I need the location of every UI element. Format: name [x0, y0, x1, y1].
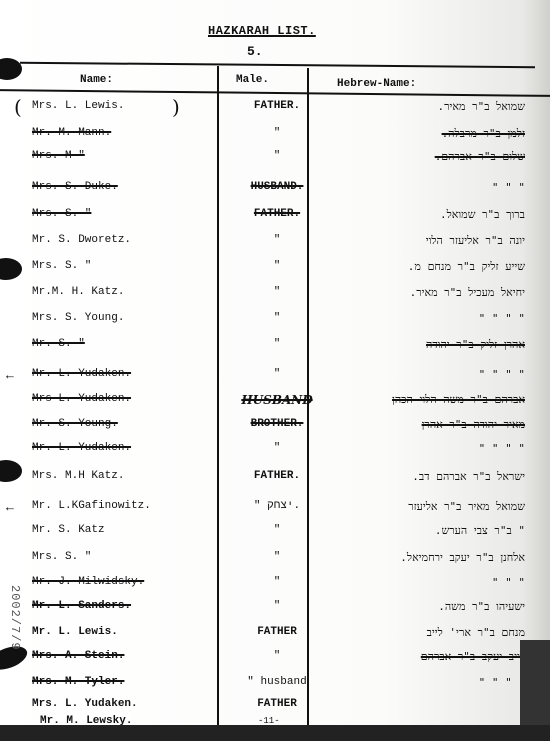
- hebrew-name-cell: שמואל מאיר ב"ר אליעזר: [330, 500, 525, 513]
- relation-cell: ": [232, 127, 322, 139]
- relation-cell: ": [232, 650, 322, 662]
- hebrew-name-cell: ברוך ב"ר שמואל.: [330, 208, 525, 221]
- name-cell: Mrs. L. Lewis.: [32, 100, 124, 112]
- name-cell: Mrs. S. ": [32, 551, 91, 563]
- binder-hole-1: [0, 58, 22, 80]
- table-row: Mr.M. H. Katz."יחיאל מעכיל ב"ר מאיר.: [0, 286, 550, 308]
- document-page: HAZKARAH LIST. 5. Name: Male. Hebrew-Nam…: [0, 0, 550, 741]
- hebrew-name-cell: " ב"ר צבי הערש.: [330, 524, 525, 537]
- hebrew-name-cell: שייע זליק ב"ר מנחם מ.: [330, 260, 525, 273]
- relation-cell: BROTHER.: [232, 418, 322, 430]
- table-row: Mr. S. Katz"" ב"ר צבי הערש.: [0, 524, 550, 546]
- page-bottom-shadow: [0, 725, 550, 741]
- relation-cell: FATHER.: [232, 470, 322, 482]
- hebrew-name-cell: יונה ב"ר אליעזר הלוי: [330, 234, 525, 247]
- table-row: Mr. J. Milwidsky."" " ": [0, 576, 550, 598]
- relation-cell: ": [232, 368, 322, 380]
- table-row: Mr. S. Dworetz."יונה ב"ר אליעזר הלוי: [0, 234, 550, 256]
- table-row: Mrs L. Yudaken.HUSBANDאברהם ב"ר משה הלוי…: [0, 393, 550, 415]
- hebrew-name-cell: ישראל ב"ר אברהם דב.: [330, 470, 525, 483]
- name-cell: Mrs. M.H Katz.: [32, 470, 124, 482]
- table-row: Mrs. S. ""אלחנן ב"ר יעקב ירחמיאל.: [0, 551, 550, 573]
- hebrew-name-cell: מנחם ב"ר ארי' לייב: [330, 626, 525, 639]
- name-cell: Mr. S. Young.: [32, 418, 118, 430]
- table-row: Mrs. M ""שלום ב"ר אברהם.: [0, 150, 550, 172]
- relation-cell: FATHER: [232, 698, 322, 710]
- table-row: Mrs. L. Lewis.FATHER.שמואל ב"ר מאיר.(): [0, 100, 550, 122]
- relation-cell: FATHER.: [232, 100, 322, 112]
- table-row: Mrs. M. Tyler." husband" " " ": [0, 676, 550, 698]
- name-cell: Mr. S. Dworetz.: [32, 234, 131, 246]
- name-cell: Mrs. M. Tyler.: [32, 676, 124, 688]
- page-number: 5.: [247, 44, 263, 59]
- relation-cell: " יצחק.: [232, 500, 322, 512]
- name-cell: Mr. J. Milwidsky.: [32, 576, 144, 588]
- hebrew-name-cell: אהרן זליק ב"ר יהודה: [330, 338, 525, 351]
- name-cell: Mrs. M ": [32, 150, 85, 162]
- relation-cell: ": [232, 150, 322, 162]
- name-cell: Mrs. A. Stein.: [32, 650, 124, 662]
- relation-cell: ": [232, 234, 322, 246]
- hebrew-name-cell: זלמן ב"ר מרבלה.: [330, 127, 525, 140]
- hebrew-name-cell: לייב יעקב ב"ר אברהם: [330, 650, 525, 663]
- hebrew-name-cell: אברהם ב"ר משה הלוי הכהן: [330, 393, 525, 406]
- hebrew-name-cell: מאיר יהודה ב"ר אהרן: [330, 418, 525, 431]
- table-row: Mr. L. Lewis.FATHERמנחם ב"ר ארי' לייב: [0, 626, 550, 648]
- relation-cell: ": [232, 600, 322, 612]
- header-name: Name:: [80, 74, 113, 86]
- hebrew-name-cell: אלחנן ב"ר יעקב ירחמיאל.: [330, 551, 525, 564]
- name-cell: Mr. L.KGafinowitz.: [32, 500, 151, 512]
- relation-cell: " husband: [232, 676, 322, 688]
- page-title: HAZKARAH LIST.: [208, 24, 316, 38]
- table-row: ←Mr. L.KGafinowitz." יצחק.שמואל מאיר ב"ר…: [0, 500, 550, 522]
- name-cell: Mr. M. Mann.: [32, 127, 111, 139]
- hebrew-name-cell: שלום ב"ר אברהם.: [330, 150, 525, 163]
- relation-cell: ": [232, 442, 322, 454]
- name-cell: Mrs. S. ": [32, 260, 91, 272]
- table-row: Mr. L. Sanders."ישעיהו ב"ר משה.: [0, 600, 550, 622]
- arrow-left-icon: ←: [6, 500, 14, 515]
- arrow-left-icon: ←: [6, 368, 14, 383]
- hebrew-name-cell: ישעיהו ב"ר משה.: [330, 600, 525, 613]
- relation-cell: ": [232, 576, 322, 588]
- name-cell: Mrs. S. Young.: [32, 312, 124, 324]
- table-row: Mr. M. Mann."זלמן ב"ר מרבלה.: [0, 127, 550, 149]
- hebrew-name-cell: " " ": [330, 181, 525, 194]
- relation-cell: HUSBAND.: [232, 181, 322, 193]
- hebrew-name-cell: שמואל ב"ר מאיר.: [330, 100, 525, 113]
- hebrew-name-cell: " " ": [330, 576, 525, 589]
- table-row: Mrs. A. Stein."לייב יעקב ב"ר אברהם: [0, 650, 550, 672]
- hebrew-name-cell: " " " ": [330, 368, 525, 381]
- name-cell: Mr.M. H. Katz.: [32, 286, 124, 298]
- name-cell: Mr. S. ": [32, 338, 85, 350]
- relation-cell: ": [232, 338, 322, 350]
- hebrew-name-cell: " " " ": [330, 676, 525, 689]
- table-row: Mrs. M.H Katz.FATHER.ישראל ב"ר אברהם דב.: [0, 470, 550, 492]
- relation-cell: HUSBAND: [232, 393, 322, 407]
- table-row: Mr. S. Young.BROTHER.מאיר יהודה ב"ר אהרן: [0, 418, 550, 440]
- hebrew-name-cell: " " " ": [330, 312, 525, 325]
- name-cell: Mr. L. Yudaken.: [32, 368, 131, 380]
- relation-cell: ": [232, 260, 322, 272]
- hebrew-name-cell: יחיאל מעכיל ב"ר מאיר.: [330, 286, 525, 299]
- name-cell: Mr. L. Yudaken.: [32, 442, 131, 454]
- relation-cell: ": [232, 312, 322, 324]
- name-cell: Mr. L. Sanders.: [32, 600, 131, 612]
- bracket-right-icon: ): [172, 95, 180, 119]
- hebrew-name-cell: " " " ": [330, 442, 525, 455]
- footer-mark: -11-: [258, 716, 280, 726]
- table-row: Mr. L. Yudaken."" " " ": [0, 442, 550, 464]
- relation-cell: FATHER.: [232, 208, 322, 220]
- name-cell: Mrs. L. Yudaken.: [32, 698, 138, 710]
- name-cell: Mrs. S. Duke.: [32, 181, 118, 193]
- table-row: Mrs. S. "FATHER.ברוך ב"ר שמואל.: [0, 208, 550, 230]
- header-hebrew: Hebrew-Name:: [337, 78, 416, 90]
- bracket-left-icon: (: [14, 95, 22, 119]
- relation-cell: ": [232, 286, 322, 298]
- relation-cell: FATHER: [232, 626, 322, 638]
- header-relation: Male.: [236, 74, 269, 86]
- name-cell: Mrs. S. ": [32, 208, 91, 220]
- name-cell: Mrs L. Yudaken.: [32, 393, 131, 405]
- table-row: ←Mr. L. Yudaken."" " " ": [0, 368, 550, 390]
- table-row: Mrs. S. Young."" " " ": [0, 312, 550, 334]
- name-cell: Mr. S. Katz: [32, 524, 105, 536]
- table-row: Mrs. S. ""שייע זליק ב"ר מנחם מ.: [0, 260, 550, 282]
- relation-cell: ": [232, 551, 322, 563]
- header-bottom-rule: [0, 89, 550, 97]
- relation-cell: ": [232, 524, 322, 536]
- name-cell: Mr. L. Lewis.: [32, 626, 118, 638]
- table-top-rule: [20, 62, 535, 68]
- table-row: Mrs. S. Duke.HUSBAND." " ": [0, 181, 550, 203]
- table-row: Mr. S. ""אהרן זליק ב"ר יהודה: [0, 338, 550, 360]
